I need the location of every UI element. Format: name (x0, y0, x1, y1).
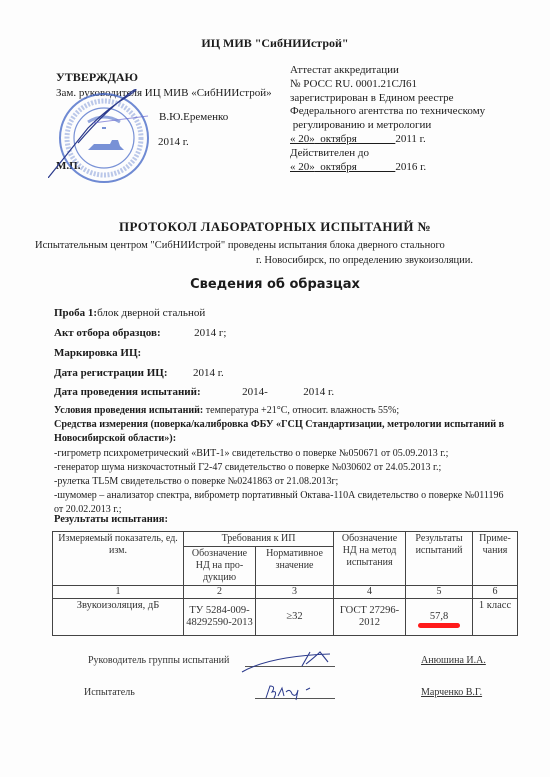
signature-1-icon (240, 648, 340, 674)
test-date-to: 2014 г. (303, 386, 334, 398)
instruments-label-line2: Новосибирской области»): (54, 433, 176, 444)
column-number: 3 (256, 586, 334, 599)
test-date-field: Дата проведения испытаний: 2014- 2014 г. (54, 386, 334, 398)
reg-date-label: Дата регистрации ИЦ: (54, 367, 167, 379)
approval-signature-icon (48, 68, 158, 178)
header-notes: Приме-чания (473, 532, 518, 586)
instruments-label-line1: Средства измерения (поверка/калибровка Ф… (54, 419, 504, 430)
table-row: Звукоизоляция, дБ ТУ 5284-009-48292590-2… (53, 599, 518, 636)
test-date-label: Дата проведения испытаний: (54, 386, 201, 398)
cell-note: 1 класс (473, 599, 518, 636)
cell-result: 57,8 (406, 599, 473, 636)
accreditation-line: Федерального агентства по техническому (290, 105, 485, 119)
signature-name: Анюшина И.А. (421, 655, 486, 666)
signature-2-icon (262, 682, 322, 702)
protocol-title: ПРОТОКОЛ ЛАБОРАТОРНЫХ ИСПЫТАНИЙ № (0, 219, 550, 235)
header-norm-value: Нормативное значение (256, 547, 334, 586)
header-results: Результаты испытаний (406, 532, 473, 586)
organization-title: ИЦ МИВ "СибНИИстрой" (0, 36, 550, 51)
accreditation-reg-date: « 20» октября 2011 г. (290, 133, 485, 147)
marking-label: Маркировка ИЦ: (54, 347, 141, 359)
result-highlight-mark (418, 623, 460, 628)
column-number: 6 (473, 586, 518, 599)
accreditation-line: Аттестат аккредитации (290, 64, 485, 78)
column-number: 5 (406, 586, 473, 599)
reg-day: « 20» (290, 133, 315, 145)
reg-date-value: 2014 г. (193, 367, 224, 379)
results-title: Результаты испытания: (54, 514, 168, 525)
instrument-item: -генератор шума низкочастотный Г2-47 сви… (54, 462, 441, 473)
conditions-label: Условия проведения испытаний: (54, 405, 203, 416)
accreditation-number: № РОСС RU. 0001.21СЛ61 (290, 78, 485, 92)
header-product-nd: Обозначение НД на про-дукцию (184, 547, 256, 586)
act-label: Акт отбора образцов: (54, 327, 161, 339)
act-value: 2014 г; (194, 327, 226, 339)
cell-product-nd: ТУ 5284-009-48292590-2013 (184, 599, 256, 636)
column-number: 4 (334, 586, 406, 599)
approval-year: 2014 г. (158, 136, 189, 148)
valid-day: « 20» (290, 161, 315, 173)
column-number: 1 (53, 586, 184, 599)
instrument-item: -гигрометр психрометрический «ВИТ-1» сви… (54, 448, 448, 459)
protocol-intro-line1: Испытательным центром "СибНИИстрой" пров… (35, 240, 445, 251)
signature-role: Руководитель группы испытаний (88, 655, 229, 666)
cell-norm: ≥32 (256, 599, 334, 636)
instrument-item: -рулетка TL5M свидетельство о поверке №0… (54, 476, 338, 487)
protocol-intro-line2: г. Новосибирск, по определению звукоизол… (256, 255, 473, 266)
instrument-item: -шумомер – анализатор спектра, виброметр… (54, 490, 503, 501)
probe-field: Проба 1:блок дверной стальной (54, 307, 205, 319)
header-method-nd: Обозначение НД на метод испытания (334, 532, 406, 586)
samples-title: Сведения об образцах (0, 277, 550, 292)
column-number: 2 (184, 586, 256, 599)
results-table: Измеряемый показатель, ед. изм. Требован… (52, 531, 518, 636)
header-requirements-group: Требования к ИП (184, 532, 334, 547)
cell-method-nd: ГОСТ 27296-2012 (334, 599, 406, 636)
reg-month: октября (315, 133, 396, 145)
accreditation-line: зарегистрирован в Едином реестре (290, 92, 485, 106)
accreditation-line: регулированию и метрологии (290, 119, 485, 133)
accreditation-block: Аттестат аккредитации № РОСС RU. 0001.21… (290, 64, 485, 174)
valid-month: октября (315, 161, 396, 173)
act-field: Акт отбора образцов: 2014 г; (54, 327, 226, 339)
table-number-row: 1 2 3 4 5 6 (53, 586, 518, 599)
conditions-line: Условия проведения испытаний: температур… (54, 405, 399, 416)
signature-role: Испытатель (84, 687, 135, 698)
probe-label: Проба 1: (54, 307, 97, 319)
valid-label: Действителен до (290, 147, 485, 161)
marking-field: Маркировка ИЦ: (54, 347, 141, 359)
approval-name: В.Ю.Еременко (159, 111, 228, 123)
accreditation-valid-date: « 20» октября 2016 г. (290, 161, 485, 175)
valid-year: 2016 г. (395, 161, 426, 173)
probe-value: блок дверной стальной (97, 307, 205, 319)
signature-name: Марченко В.Г. (421, 687, 482, 698)
header-indicator: Измеряемый показатель, ед. изм. (53, 532, 184, 586)
cell-indicator: Звукоизоляция, дБ (53, 599, 184, 636)
table-header-row: Измеряемый показатель, ед. изм. Требован… (53, 532, 518, 547)
reg-year: 2011 г. (395, 133, 425, 145)
conditions-value: температура +21°С, относит. влажность 55… (203, 405, 399, 416)
test-date-from: 2014- (242, 386, 268, 398)
reg-date-field: Дата регистрации ИЦ: 2014 г. (54, 367, 224, 379)
